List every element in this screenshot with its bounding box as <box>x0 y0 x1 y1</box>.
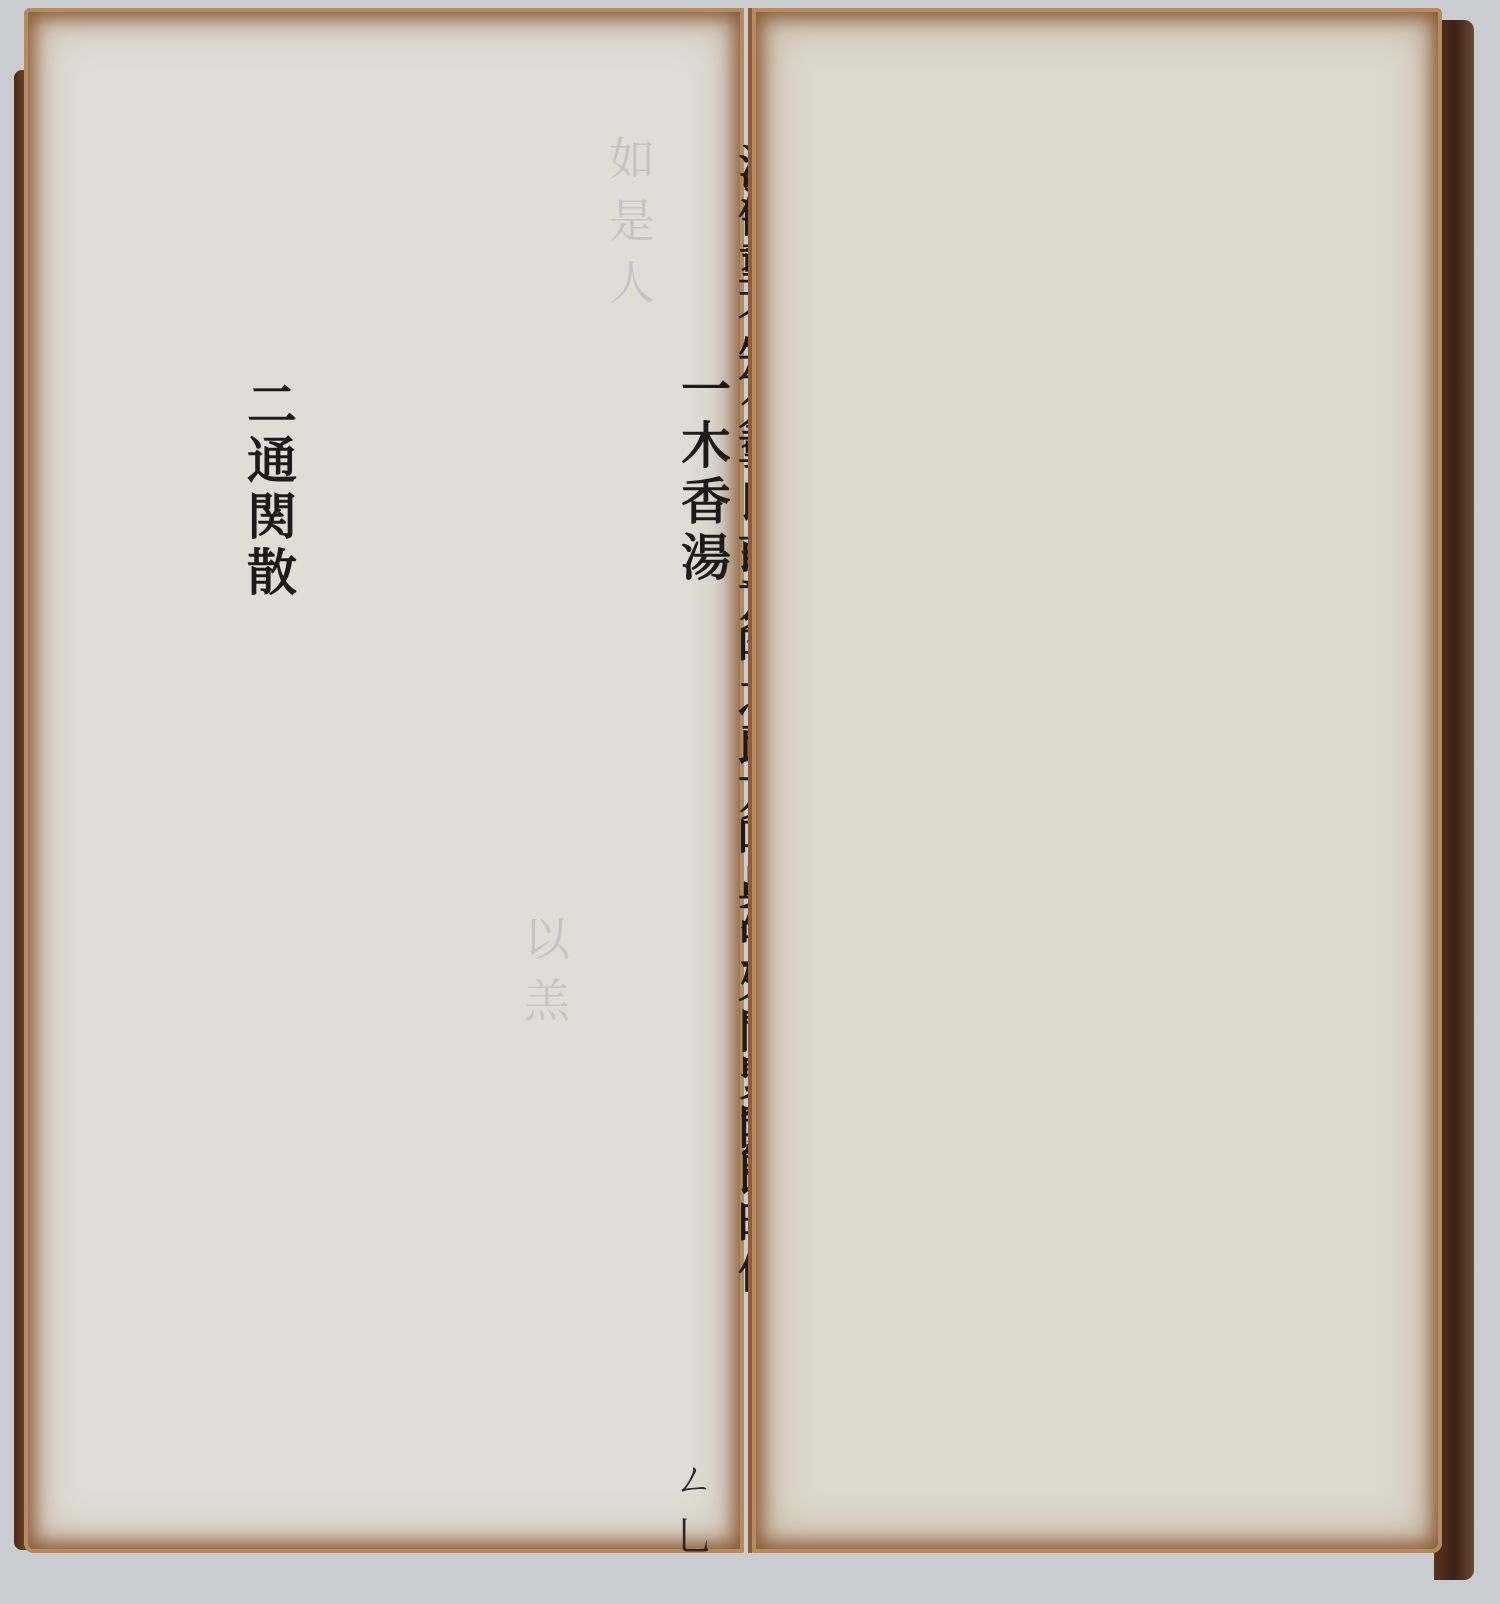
open-book: 如是人 以羔 仙人傳授二十四散 一木香湯 治傷寒重打傷不知人事昏迷一到即以此灌之… <box>14 0 1484 1590</box>
left-page: 如是人 以羔 仙人傳授二十四散 一木香湯 治傷寒重打傷不知人事昏迷一到即以此灌之… <box>24 8 744 1553</box>
right-page-blank <box>752 8 1442 1553</box>
corner-mark: ㄥ乚 <box>674 1448 744 1562</box>
